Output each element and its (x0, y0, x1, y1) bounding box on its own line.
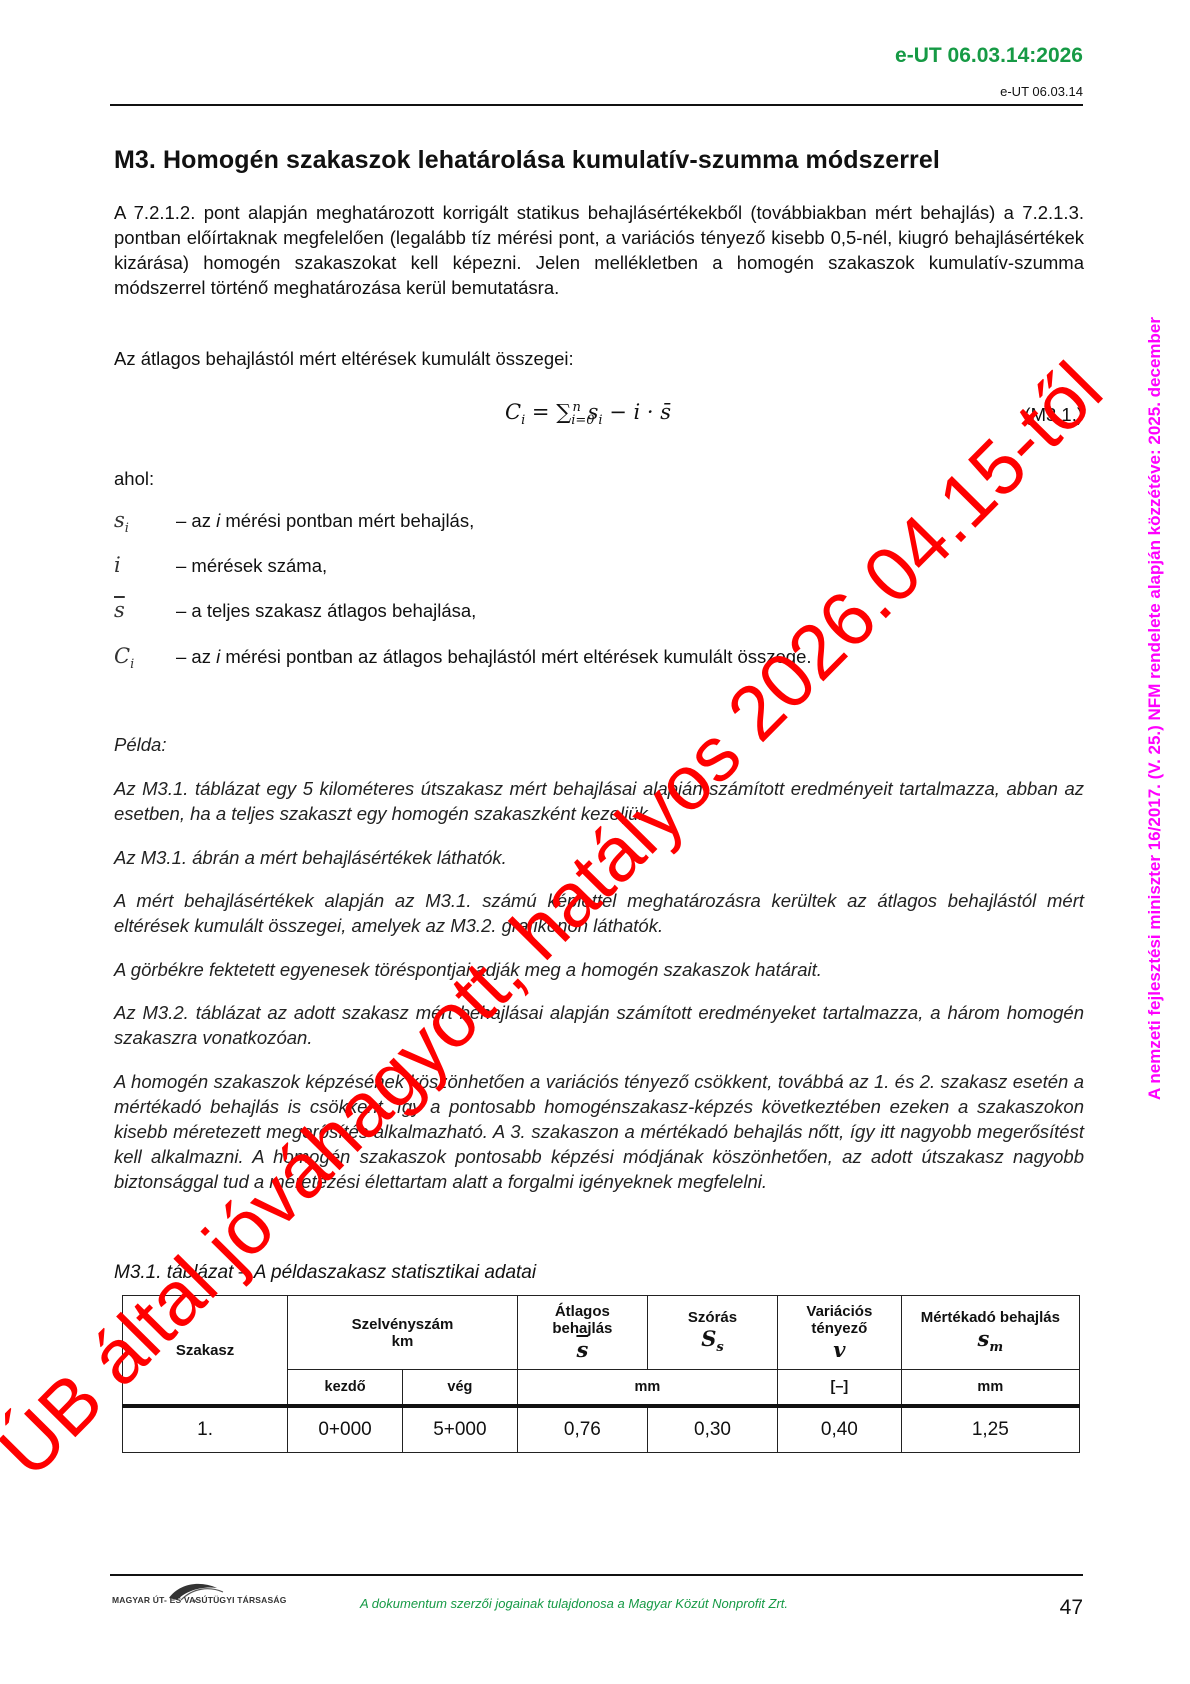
intro-paragraph: A 7.2.1.2. pont alapján meghatározott ko… (114, 200, 1084, 300)
definition-ci: Ci – az i mérési pontban az átlagos beha… (114, 644, 812, 672)
subheader-dimensionless: [–] (778, 1370, 902, 1407)
example-label: Példa: (114, 732, 1084, 757)
symbol: i (114, 553, 176, 577)
subheader-kezdo: kezdő (288, 1370, 403, 1407)
header-atlagos-behajlas: Átlagos behajláss (517, 1296, 647, 1370)
subheader-mm: mm (901, 1370, 1079, 1407)
cell-variacios: 0,40 (778, 1406, 902, 1453)
document-subcode: e-UT 06.03.14 (1000, 84, 1083, 99)
publication-note: A nemzeti fejlesztési miniszter 16/2017.… (1145, 317, 1165, 1100)
header-szoras: SzórásSs (647, 1296, 777, 1370)
subheader-mm: mm (517, 1370, 777, 1407)
cell-mertekado: 1,25 (901, 1406, 1079, 1453)
formula-lead: Az átlagos behajlástól mért eltérések ku… (114, 346, 1084, 371)
organization-logo: MAGYAR ÚT- ÉS VASÚTÜGYI TÁRSASÁG (112, 1580, 272, 1620)
header-variacios-tenyezo: Variációs tényezőv (778, 1296, 902, 1370)
example-paragraph: A görbékre fektetett egyenesek töréspont… (114, 957, 1084, 982)
statistics-table: Szakasz Szelvényszámkm Átlagos behajláss… (122, 1295, 1080, 1453)
table-row: 1. 0+000 5+000 0,76 0,30 0,40 1,25 (123, 1406, 1080, 1453)
document-code: e-UT 06.03.14:2026 (895, 44, 1083, 68)
copyright-notice: A dokumentum szerzői jogainak tulajdonos… (360, 1596, 788, 1611)
subheader-veg: vég (402, 1370, 517, 1407)
header-mertekado-behajlas: Mértékadó behajlássm (901, 1296, 1079, 1370)
section-title: M3. Homogén szakaszok lehatárolása kumul… (114, 146, 940, 175)
symbol: s (114, 598, 176, 622)
example-paragraph: Az M3.2. táblázat az adott szakasz mért … (114, 1000, 1084, 1050)
header-divider (110, 104, 1083, 106)
symbol: si (114, 508, 176, 536)
definition-si: si – az i mérési pontban mért behajlás, (114, 508, 474, 536)
cell-szoras: 0,30 (647, 1406, 777, 1453)
cell-kezdo: 0+000 (288, 1406, 403, 1453)
symbol: Ci (114, 644, 176, 672)
formula: Ci = ∑i=0n si − i · s̄ (505, 400, 671, 428)
header-szelvenyszam: Szelvényszámkm (288, 1296, 518, 1370)
cell-atlagos: 0,76 (517, 1406, 647, 1453)
cell-szakasz: 1. (123, 1406, 288, 1453)
page-number: 47 (1060, 1596, 1083, 1620)
cell-veg: 5+000 (402, 1406, 517, 1453)
definition-i: i – mérések száma, (114, 553, 327, 577)
definition-s-bar: s – a teljes szakasz átlagos behajlása, (114, 598, 476, 622)
footer-divider (110, 1574, 1083, 1576)
